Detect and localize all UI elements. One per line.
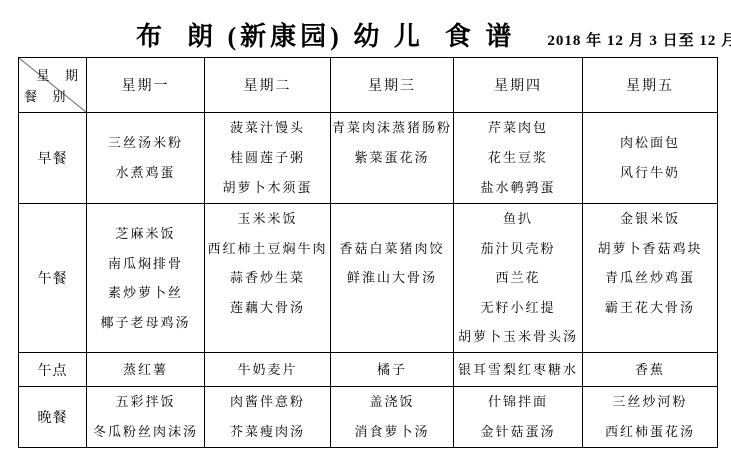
menu-cell: 盖浇饭消食萝卜汤 [331, 387, 454, 448]
menu-item: 消食萝卜汤 [331, 417, 453, 447]
menu-item: 西红柿蛋花汤 [583, 417, 717, 447]
menu-table-body: 星 期 餐 别 星期一 星期二 星期三 星期四 星期五 早餐三丝汤米粉水煮鸡蛋菠… [19, 58, 718, 448]
menu-item: 肉松面包 [583, 128, 717, 158]
menu-cell: 香菇白菜猪肉饺鲜淮山大骨汤 [331, 204, 454, 353]
menu-cell: 香蕉 [583, 353, 718, 387]
meal-row: 午点蒸红薯牛奶麦片橘子银耳雪梨红枣糖水香蕉 [19, 353, 718, 387]
meal-label: 午点 [19, 353, 87, 387]
menu-item: 五彩拌饭 [87, 387, 204, 417]
meal-label: 晚餐 [19, 387, 87, 448]
menu-cell: 银耳雪梨红枣糖水 [454, 353, 583, 387]
menu-item: 芝麻米饭 [87, 219, 204, 249]
meal-row: 早餐三丝汤米粉水煮鸡蛋菠菜汁馒头桂圆莲子粥胡萝卜木须蛋青菜肉沫蒸猪肠粉紫菜蛋花汤… [19, 113, 718, 204]
menu-item: 素炒萝卜丝 [87, 278, 204, 308]
menu-cell: 金银米饭胡萝卜香菇鸡块青瓜丝炒鸡蛋霸王花大骨汤 [583, 204, 718, 353]
empty-line [331, 173, 453, 203]
empty-line [331, 322, 453, 352]
day-header-wednesday: 星期三 [331, 58, 454, 113]
menu-item: 香蕉 [583, 356, 717, 384]
empty-line [331, 293, 453, 323]
menu-cell: 鱼扒茄汁贝壳粉西兰花无籽小红提胡萝卜玉米骨头汤 [454, 204, 583, 353]
menu-item: 西红柿土豆焖牛肉 [205, 234, 330, 264]
menu-item: 鱼扒 [454, 204, 582, 234]
menu-item: 金银米饭 [583, 204, 717, 234]
menu-cell: 蒸红薯 [87, 353, 205, 387]
meal-label: 午餐 [19, 204, 87, 353]
corner-header-cell: 星 期 餐 别 [19, 58, 87, 113]
menu-cell: 肉松面包风行牛奶 [583, 113, 718, 204]
menu-item: 三丝炒河粉 [583, 387, 717, 417]
menu-item: 蒜香炒生菜 [205, 263, 330, 293]
page-title: 布 朗 (新康园) 幼 儿 食 谱 [136, 16, 515, 53]
menu-cell: 玉米米饭西红柿土豆焖牛肉蒜香炒生菜莲藕大骨汤 [205, 204, 331, 353]
menu-item: 菠菜汁馒头 [205, 113, 330, 143]
menu-item: 胡萝卜玉米骨头汤 [454, 322, 582, 352]
day-header-tuesday: 星期二 [205, 58, 331, 113]
day-header-thursday: 星期四 [454, 58, 583, 113]
menu-item: 蒸红薯 [87, 356, 204, 384]
menu-item: 橘子 [331, 356, 453, 384]
menu-cell: 牛奶麦片 [205, 353, 331, 387]
menu-item: 南瓜焖排骨 [87, 249, 204, 279]
table-header-row: 星 期 餐 别 星期一 星期二 星期三 星期四 星期五 [19, 58, 718, 113]
day-header-monday: 星期一 [87, 58, 205, 113]
menu-item: 牛奶麦片 [205, 356, 330, 384]
meal-label: 早餐 [19, 113, 87, 204]
menu-item: 冬瓜粉丝肉沫汤 [87, 417, 204, 447]
menu-item: 紫菜蛋花汤 [331, 143, 453, 173]
menu-item: 鲜淮山大骨汤 [331, 263, 453, 293]
menu-cell: 三丝炒河粉西红柿蛋花汤 [583, 387, 718, 448]
empty-line [331, 204, 453, 234]
menu-item: 玉米米饭 [205, 204, 330, 234]
corner-label-meal: 餐 别 [24, 86, 69, 105]
menu-item: 青瓜丝炒鸡蛋 [583, 263, 717, 293]
menu-item: 花生豆浆 [454, 143, 582, 173]
menu-cell: 芝麻米饭南瓜焖排骨素炒萝卜丝椰子老母鸡汤 [87, 204, 205, 353]
menu-item: 青菜肉沫蒸猪肠粉 [331, 113, 453, 143]
menu-item: 西兰花 [454, 263, 582, 293]
menu-cell: 芹菜肉包花生豆浆盐水鹌鹑蛋 [454, 113, 583, 204]
menu-item: 金针菇蛋汤 [454, 417, 582, 447]
menu-cell: 菠菜汁馒头桂圆莲子粥胡萝卜木须蛋 [205, 113, 331, 204]
menu-item: 霸王花大骨汤 [583, 293, 717, 323]
menu-item: 银耳雪梨红枣糖水 [454, 356, 582, 384]
menu-item: 香菇白菜猪肉饺 [331, 234, 453, 264]
menu-item: 盐水鹌鹑蛋 [454, 173, 582, 203]
date-range: 2018 年 12 月 3 日至 12 月 7 日 [547, 29, 731, 50]
empty-line [205, 322, 330, 352]
menu-cell: 五彩拌饭冬瓜粉丝肉沫汤 [87, 387, 205, 448]
menu-item: 无籽小红提 [454, 293, 582, 323]
menu-cell: 三丝汤米粉水煮鸡蛋 [87, 113, 205, 204]
menu-cell: 什锦拌面金针菇蛋汤 [454, 387, 583, 448]
menu-item: 胡萝卜木须蛋 [205, 173, 330, 203]
menu-item: 胡萝卜香菇鸡块 [583, 234, 717, 264]
menu-item: 椰子老母鸡汤 [87, 308, 204, 338]
menu-item: 风行牛奶 [583, 158, 717, 188]
menu-item: 盖浇饭 [331, 387, 453, 417]
menu-cell: 肉酱伴意粉芥菜瘦肉汤 [205, 387, 331, 448]
menu-item: 芹菜肉包 [454, 113, 582, 143]
menu-document-page: 布 朗 (新康园) 幼 儿 食 谱 2018 年 12 月 3 日至 12 月 … [0, 0, 731, 468]
menu-item: 芥菜瘦肉汤 [205, 417, 330, 447]
meal-row: 晚餐五彩拌饭冬瓜粉丝肉沫汤肉酱伴意粉芥菜瘦肉汤盖浇饭消食萝卜汤什锦拌面金针菇蛋汤… [19, 387, 718, 448]
day-header-friday: 星期五 [583, 58, 718, 113]
meal-row: 午餐芝麻米饭南瓜焖排骨素炒萝卜丝椰子老母鸡汤玉米米饭西红柿土豆焖牛肉蒜香炒生菜莲… [19, 204, 718, 353]
menu-item: 三丝汤米粉 [87, 128, 204, 158]
menu-item: 茄汁贝壳粉 [454, 234, 582, 264]
menu-item: 莲藕大骨汤 [205, 293, 330, 323]
empty-line [583, 322, 717, 352]
menu-item: 桂圆莲子粥 [205, 143, 330, 173]
corner-label-week: 星 期 [36, 65, 81, 84]
menu-item: 肉酱伴意粉 [205, 387, 330, 417]
menu-cell: 橘子 [331, 353, 454, 387]
menu-item: 水煮鸡蛋 [87, 158, 204, 188]
menu-item: 什锦拌面 [454, 387, 582, 417]
menu-cell: 青菜肉沫蒸猪肠粉紫菜蛋花汤 [331, 113, 454, 204]
weekly-menu-table: 星 期 餐 别 星期一 星期二 星期三 星期四 星期五 早餐三丝汤米粉水煮鸡蛋菠… [18, 57, 718, 448]
title-row: 布 朗 (新康园) 幼 儿 食 谱 2018 年 12 月 3 日至 12 月 … [136, 16, 731, 53]
